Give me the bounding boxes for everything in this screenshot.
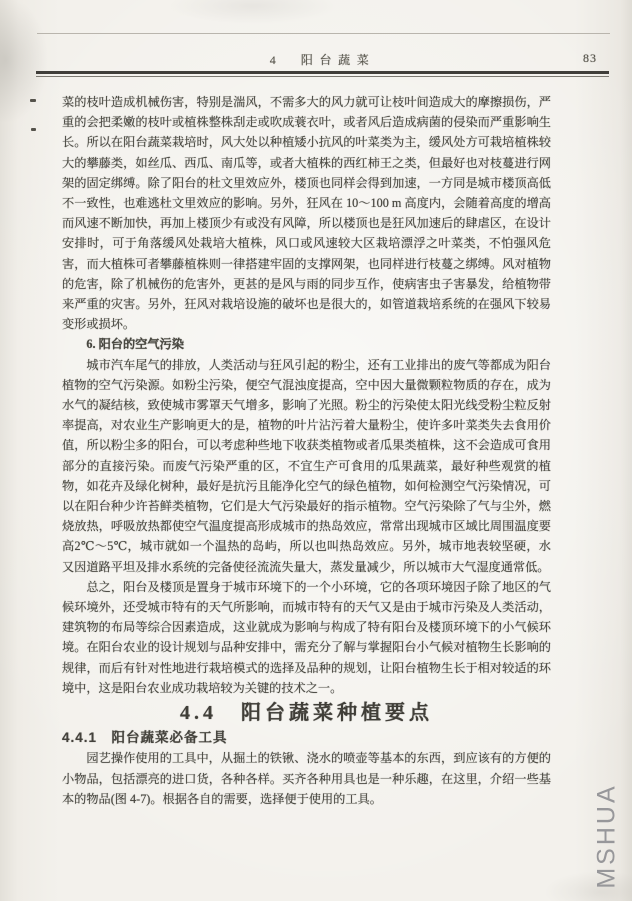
body-paragraph-air-pollution: 城市汽车尾气的排放，人类活动与狂风引起的粉尘，还有工业排出的废气等都成为阳台植物…: [62, 355, 551, 577]
body-paragraph-wind-damage: 菜的枝叶造成机械伤害，特别是湍风，不需多大的风力就可让枝叶间造成大的摩擦损伤，严…: [62, 92, 551, 334]
section-heading-4-4: 4.4 阳台蔬菜种植要点: [62, 698, 551, 728]
header-rule-thick: [36, 71, 609, 74]
header-rule-thin: [36, 76, 609, 77]
page-number: 83: [583, 51, 597, 66]
running-head: 4 阳台蔬菜: [36, 51, 609, 68]
subheading-air-pollution: 6. 阳台的空气污染: [62, 334, 551, 354]
body-text-column: 菜的枝叶造成机械伤害，特别是湍风，不需多大的风力就可让枝叶间造成大的摩擦损伤，严…: [62, 92, 551, 809]
header-faint-rule: [37, 33, 610, 34]
watermark-text: MSHUA: [593, 783, 622, 888]
scanned-book-page: 4 阳台蔬菜 83 菜的枝叶造成机械伤害，特别是湍风，不需多大的风力就可让枝叶间…: [0, 0, 632, 901]
scan-speck: [30, 99, 36, 102]
body-paragraph-summary: 总之，阳台及楼顶是置身于城市环境下的一个小环境，它的各项环境因子除了地区的气候环…: [62, 577, 551, 698]
subsection-heading-4-4-1: 4.4.1 阳台蔬菜必备工具: [62, 728, 551, 748]
scan-speck: [31, 128, 36, 131]
body-paragraph-tools: 园艺操作使用的工具中，从掘土的铁锹、浇水的喷壶等基本的东西，到应该有的方便的小物…: [62, 748, 551, 809]
